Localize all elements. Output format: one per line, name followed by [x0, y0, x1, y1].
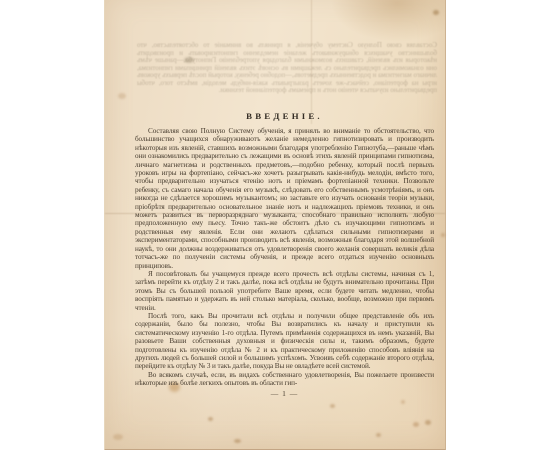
paragraph-2: Я посовѣтовалъ бы учащемуся прежде всего… [135, 270, 434, 312]
foxing-spot [234, 439, 241, 443]
paragraph-3: Послѣ того, какъ Вы прочитали всѣ отдѣлы… [135, 312, 434, 371]
foxing-spot [118, 93, 126, 99]
foxing-spot [376, 433, 381, 437]
body-text: Составляя свою Полную Систему обученія, … [135, 127, 434, 387]
paragraph-1: Составляя свою Полную Систему обученія, … [135, 127, 434, 270]
foxing-spot [433, 10, 439, 15]
foxing-spot [413, 422, 419, 427]
foxing-spot [441, 233, 445, 237]
foxing-spot [425, 420, 431, 425]
scanned-book-page: Составляя свою Полную Систему обученія, … [104, 0, 446, 450]
foxing-spot [330, 404, 335, 408]
foxing-spot [401, 400, 405, 404]
page-number: — 1 — [135, 389, 434, 398]
chapter-title: ВВЕДЕНІЕ. [135, 111, 434, 121]
foxing-spot [113, 434, 123, 440]
paragraph-4: Во всякомъ случаѣ, если, въ видахъ собст… [135, 371, 434, 387]
foxing-spot [208, 417, 213, 421]
bleedthrough-text: Составляя свою Полную Систему обученія, … [137, 42, 437, 114]
